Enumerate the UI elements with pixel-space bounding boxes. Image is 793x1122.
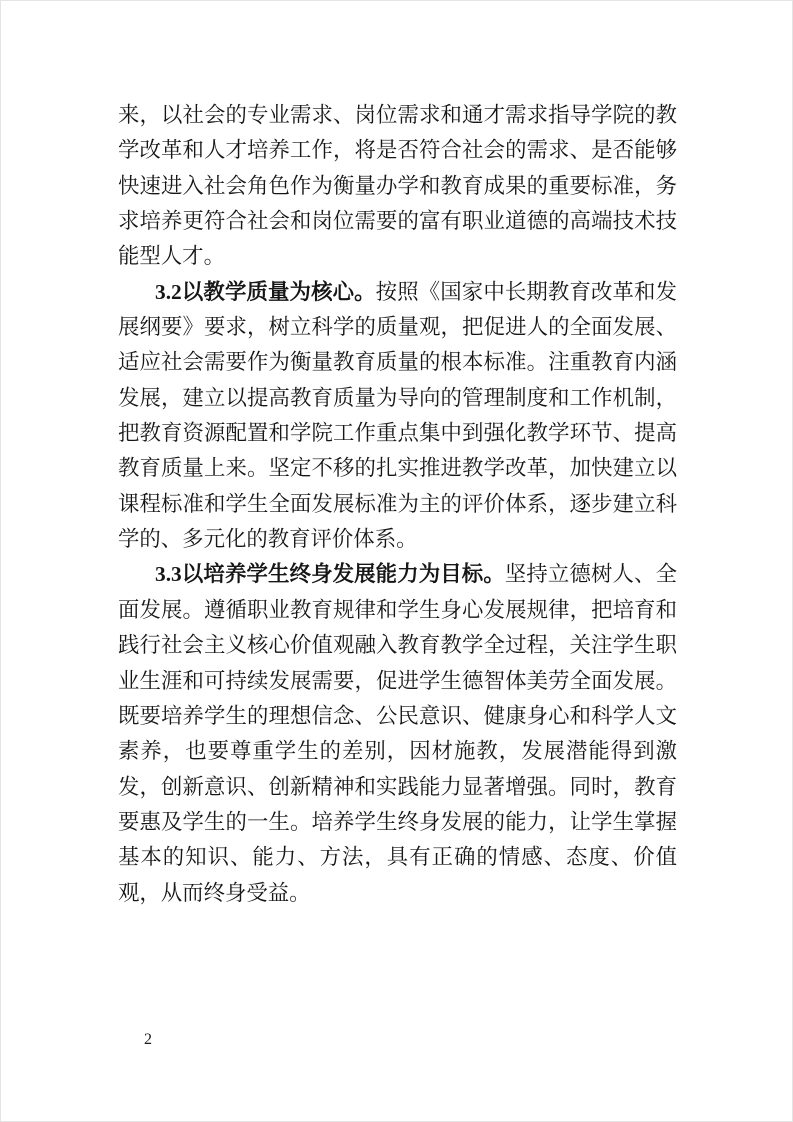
paragraph-text: 来，以社会的专业需求、岗位需求和通才需求指导学院的教学改革和人才培养工作，将是否… (118, 103, 677, 268)
paragraph-section-3-2: 3.2以教学质量为核心。按照《国家中长期教育改革和发展纲要》要求，树立科学的质量… (118, 275, 677, 558)
section-heading-3-3: 3.3以培养学生终身发展能力为目标。 (155, 562, 505, 586)
paragraph-section-3-3: 3.3以培养学生终身发展能力为目标。坚持立德树人、全面发展。遵循职业教育规律和学… (118, 557, 677, 910)
document-page: 来，以社会的专业需求、岗位需求和通才需求指导学院的教学改革和人才培养工作，将是否… (0, 0, 793, 1122)
document-body: 来，以社会的专业需求、岗位需求和通才需求指导学院的教学改革和人才培养工作，将是否… (118, 98, 677, 911)
section-heading-3-2: 3.2以教学质量为核心。 (155, 280, 376, 304)
paragraph-text: 按照《国家中长期教育改革和发展纲要》要求，树立科学的质量观，把促进人的全面发展、… (118, 280, 677, 551)
paragraph-text: 坚持立德树人、全面发展。遵循职业教育规律和学生身心发展规律，把培育和践行社会主义… (118, 562, 677, 904)
paragraph-continuation: 来，以社会的专业需求、岗位需求和通才需求指导学院的教学改革和人才培养工作，将是否… (118, 98, 677, 275)
page-number: 2 (144, 1032, 152, 1048)
